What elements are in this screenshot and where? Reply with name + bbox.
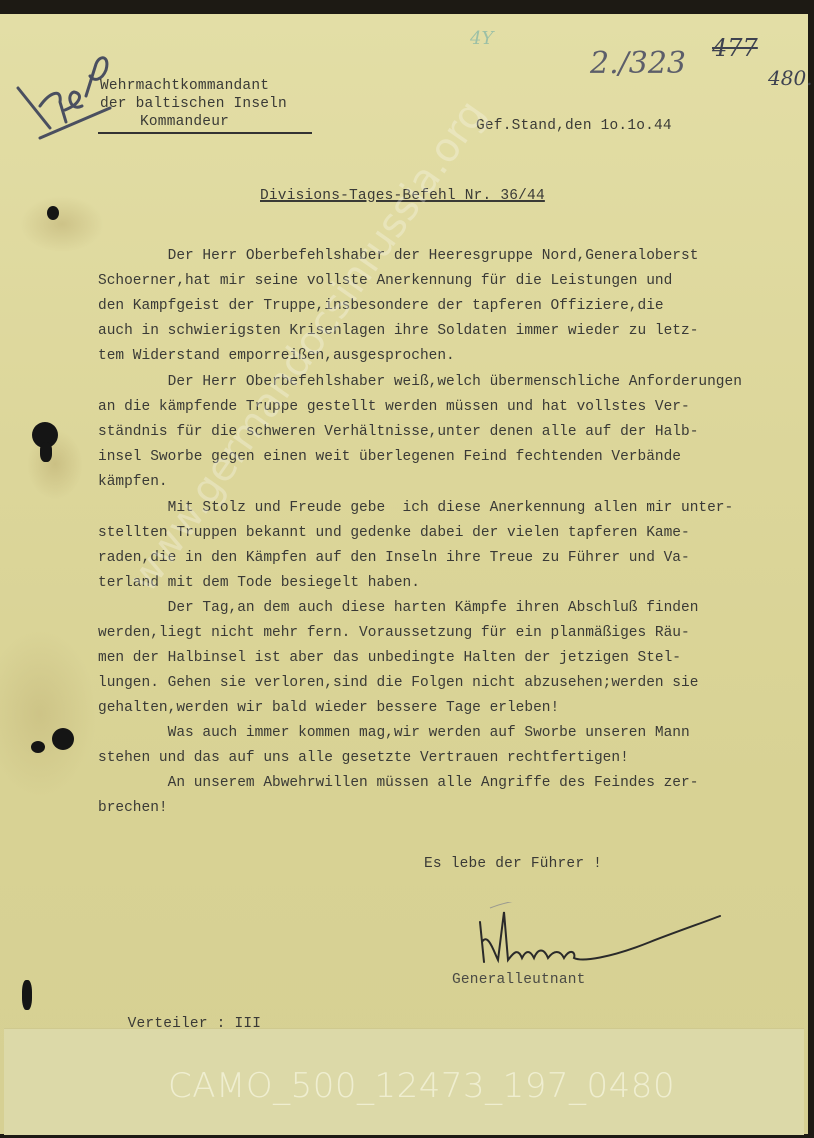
ink-blot: [40, 442, 52, 462]
ink-blot: [22, 980, 32, 1010]
sender-line-2: der baltischen Inseln: [100, 96, 287, 112]
sender-line-3: Kommandeur: [140, 114, 229, 130]
body-paragraph-6: An unserem Abwehrwillen müssen alle Angr…: [98, 771, 798, 821]
sender-line-1: Wehrmachtkommandant: [100, 78, 269, 94]
document-page: Wehrmachtkommandant der baltischen Insel…: [0, 14, 808, 1134]
signature-icon: [470, 902, 730, 982]
body-paragraph-1: Der Herr Oberbefehlshaber der Heeresgrup…: [98, 244, 798, 369]
ink-blot: [31, 741, 45, 753]
closing-salute: Es lebe der Führer !: [424, 856, 602, 872]
ink-blot: [47, 206, 59, 220]
body-paragraph-4: Der Tag,an dem auch diese harten Kämpfe …: [98, 596, 798, 721]
struck-number: 477: [712, 34, 758, 62]
handwritten-stamp: 4Y: [470, 28, 493, 49]
sender-underline: [98, 132, 312, 134]
handwritten-reference: 2./323: [590, 46, 686, 81]
page-number: 480.: [768, 66, 813, 90]
body-paragraph-5: Was auch immer kommen mag,wir werden auf…: [98, 721, 798, 771]
place-date: Gef.Stand,den 1o.1o.44: [476, 118, 672, 134]
ink-blot: [52, 728, 74, 750]
signatory-rank: Generalleutnant: [452, 972, 586, 988]
archive-id-watermark: CAMO_500_12473_197_0480: [168, 1066, 675, 1106]
